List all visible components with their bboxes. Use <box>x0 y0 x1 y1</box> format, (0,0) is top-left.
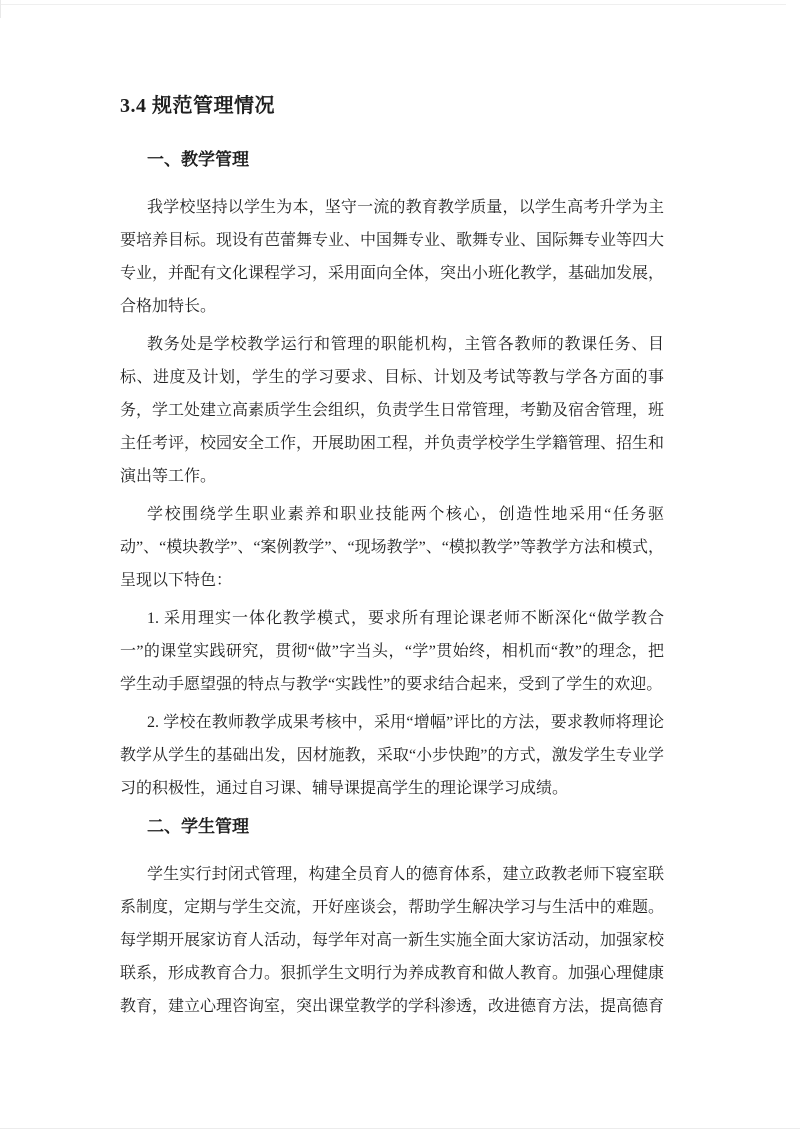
paragraph-feature-2: 2. 学校在教师教学成果考核中，采用“增幅”评比的方法，要求教师将理论教学从学生… <box>120 706 664 805</box>
paragraph-teaching-methods: 学校围绕学生职业素养和职业技能两个核心，创造性地采用“任务驱动”、“模块教学”、… <box>120 498 664 597</box>
document-title: 3.4 规范管理情况 <box>120 90 664 123</box>
paragraph-feature-1: 1. 采用理实一体化教学模式，要求所有理论课老师不断深化“做学教合一”的课堂实践… <box>120 602 664 701</box>
document-content: 3.4 规范管理情况 一、教学管理 我学校坚持以学生为本，坚守一流的教育教学质量… <box>120 90 664 1028</box>
page-left-edge <box>0 0 1 18</box>
paragraph-school-overview: 我学校坚持以学生为本，坚守一流的教育教学质量，以学生高考升学为主要培养目标。现设… <box>120 191 664 323</box>
paragraph-academic-office: 教务处是学校教学运行和管理的职能机构，主管各教师的教课任务、目标、进度及计划，学… <box>120 328 664 493</box>
heading-teaching-management: 一、教学管理 <box>120 143 664 176</box>
paragraph-student-management: 学生实行封闭式管理，构建全员育人的德育体系，建立政教老师下寝室联系制度，定期与学… <box>120 858 664 1023</box>
heading-student-management: 二、学生管理 <box>120 810 664 843</box>
document-page: 3.4 规范管理情况 一、教学管理 我学校坚持以学生为本，坚守一流的教育教学质量… <box>0 0 800 1131</box>
page-top-edge <box>0 4 786 5</box>
page-bottom-edge <box>0 1128 800 1129</box>
